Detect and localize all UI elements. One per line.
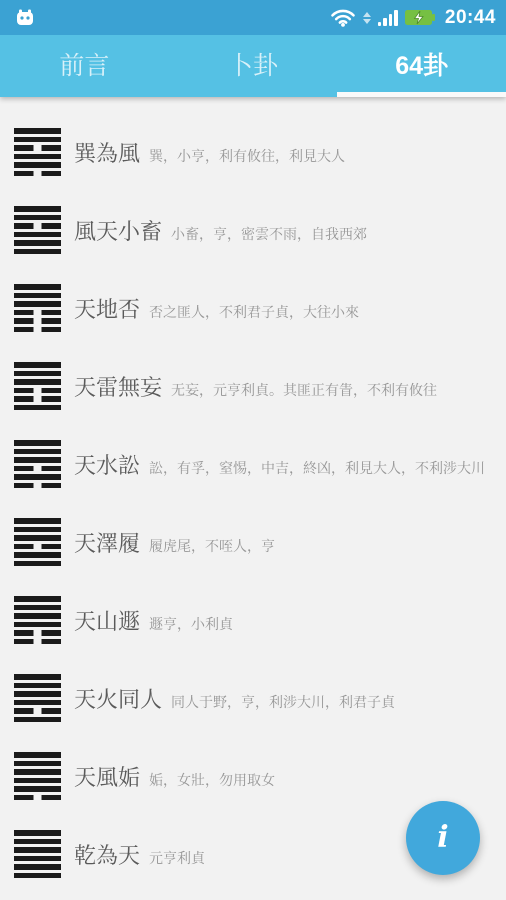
active-tab-indicator [337,92,506,97]
hexagram-title: 天雷無妄 [74,375,162,400]
yang-line [14,527,61,533]
yang-line [14,293,61,299]
yang-line [14,240,61,246]
yin-line [14,483,61,489]
hexagram-title: 天山遯 [74,609,140,634]
yang-line [14,847,61,853]
status-time: 20:44 [445,7,496,29]
hexagram-text: 乾為天元亨利貞 [74,839,205,870]
hexagram-text: 風天小畜小畜，亨，密雲不雨，自我西郊 [74,215,367,246]
yang-line [14,440,61,446]
robot-face-icon [14,8,36,27]
yang-line [14,561,61,567]
yang-line [14,162,61,168]
app-screen: 20:44 前言 卜卦 64卦 巽為風巽，小亨，利有攸往，利見大人 風天小畜小畜… [0,0,506,900]
yang-line [14,137,61,143]
hexagram-title: 天澤履 [74,531,140,556]
yang-line [14,778,61,784]
hexagram-title: 天地否 [74,297,140,322]
hexagram-text: 天水訟訟，有孚，窒惕，中吉，終凶，利見大人，不利涉大川 [74,449,485,480]
tab-64-hexagrams[interactable]: 64卦 [337,35,506,97]
yang-line [14,206,61,212]
hexagram-text: 巽為風巽，小亨，利有攸往，利見大人 [74,137,345,168]
yin-line [14,388,61,394]
yang-line [14,128,61,134]
hexagram-list-item[interactable]: 巽為風巽，小亨，利有攸往，利見大人 [0,113,506,191]
hexagram-text: 天火同人同人于野，亨，利涉大川，利君子貞 [74,683,395,714]
hexagram-description: 巽，小亨，利有攸往，利見大人 [149,148,345,164]
yin-line [14,708,61,714]
yin-line [14,145,61,151]
yang-line [14,856,61,862]
hexagram-icon [14,596,61,644]
yang-line [14,249,61,255]
yang-line [14,752,61,758]
hexagram-list-item[interactable]: 天火同人同人于野，亨，利涉大川，利君子貞 [0,659,506,737]
yang-line [14,154,61,160]
yang-line [14,596,61,602]
yin-line [14,630,61,636]
status-bar: 20:44 [0,0,506,35]
yin-line [14,466,61,472]
yang-line [14,457,61,463]
tab-bar: 前言 卜卦 64卦 [0,35,506,97]
yang-line [14,535,61,541]
hexagram-description: 小畜，亨，密雲不雨，自我西郊 [171,226,367,242]
network-activity-icon [363,12,371,24]
yin-line [14,327,61,333]
hexagram-text: 天地否否之匪人，不利君子貞，大往小來 [74,293,359,324]
hexagram-description: 遯亨，小利貞 [149,616,233,632]
hexagram-title: 巽為風 [74,141,140,166]
hexagram-text: 天澤履履虎尾，不咥人，亨 [74,527,275,558]
hexagram-list-item[interactable]: 天山遯遯亨，小利貞 [0,581,506,659]
yin-line [14,639,61,645]
yang-line [14,232,61,238]
yang-line [14,717,61,723]
yin-line [14,318,61,324]
yang-line [14,284,61,290]
hexagram-icon [14,440,61,488]
hexagram-icon [14,674,61,722]
hexagram-icon [14,128,61,176]
hexagram-description: 无妄，元亨利貞。其匪正有眚，不利有攸往 [171,382,437,398]
hexagram-description: 否之匪人，不利君子貞，大往小來 [149,304,359,320]
yang-line [14,761,61,767]
yang-line [14,839,61,845]
yang-line [14,864,61,870]
yin-line [14,171,61,177]
hexagram-icon [14,362,61,410]
yang-line [14,405,61,411]
yang-line [14,552,61,558]
yang-line [14,700,61,706]
signal-strength-icon [378,10,398,26]
yang-line [14,769,61,775]
hexagram-description: 姤，女壯，勿用取女 [149,772,275,788]
yang-line [14,613,61,619]
tab-preface[interactable]: 前言 [0,35,169,97]
wifi-icon [330,8,356,27]
yang-line [14,605,61,611]
hexagram-list: 巽為風巽，小亨，利有攸往，利見大人 風天小畜小畜，亨，密雲不雨，自我西郊 天地否… [0,97,506,893]
info-fab-button[interactable]: i [406,801,480,875]
info-icon: i [437,823,448,853]
hexagram-text: 天雷無妄无妄，元亨利貞。其匪正有眚，不利有攸往 [74,371,437,402]
status-bar-right: 20:44 [330,7,496,29]
hexagram-list-item[interactable]: 天地否否之匪人，不利君子貞，大往小來 [0,269,506,347]
yang-line [14,301,61,307]
yang-line [14,873,61,879]
hexagram-title: 天水訟 [74,453,140,478]
yang-line [14,371,61,377]
hexagram-description: 元亨利貞 [149,850,205,866]
yang-line [14,518,61,524]
yang-line [14,449,61,455]
yang-line [14,215,61,221]
yang-line [14,474,61,480]
hexagram-title: 天風姤 [74,765,140,790]
hexagram-list-item[interactable]: 天雷無妄无妄，元亨利貞。其匪正有眚，不利有攸往 [0,347,506,425]
hexagram-list-item[interactable]: 天澤履履虎尾，不咥人，亨 [0,503,506,581]
hexagram-list-item[interactable]: 天水訟訟，有孚，窒惕，中吉，終凶，利見大人，不利涉大川 [0,425,506,503]
hexagram-title: 天火同人 [74,687,162,712]
yang-line [14,786,61,792]
hexagram-icon [14,518,61,566]
hexagram-text: 天山遯遯亨，小利貞 [74,605,233,636]
hexagram-title: 乾為天 [74,843,140,868]
yin-line [14,223,61,229]
yang-line [14,691,61,697]
hexagram-text: 天風姤姤，女壯，勿用取女 [74,761,275,792]
hexagram-icon [14,206,61,254]
hexagram-icon [14,284,61,332]
yang-line [14,830,61,836]
yang-line [14,379,61,385]
yin-line [14,310,61,316]
hexagram-description: 同人于野，亨，利涉大川，利君子貞 [171,694,395,710]
yang-line [14,362,61,368]
hexagram-icon [14,830,61,878]
tab-divination[interactable]: 卜卦 [169,35,338,97]
yin-line [14,795,61,801]
yang-line [14,622,61,628]
hexagram-list-item[interactable]: 風天小畜小畜，亨，密雲不雨，自我西郊 [0,191,506,269]
yin-line [14,396,61,402]
hexagram-description: 訟，有孚，窒惕，中吉，終凶，利見大人，不利涉大川 [149,460,485,476]
yang-line [14,683,61,689]
hexagram-title: 風天小畜 [74,219,162,244]
hexagram-icon [14,752,61,800]
yin-line [14,544,61,550]
yang-line [14,674,61,680]
hexagram-description: 履虎尾，不咥人，亨 [149,538,275,554]
battery-charging-icon [405,9,435,26]
